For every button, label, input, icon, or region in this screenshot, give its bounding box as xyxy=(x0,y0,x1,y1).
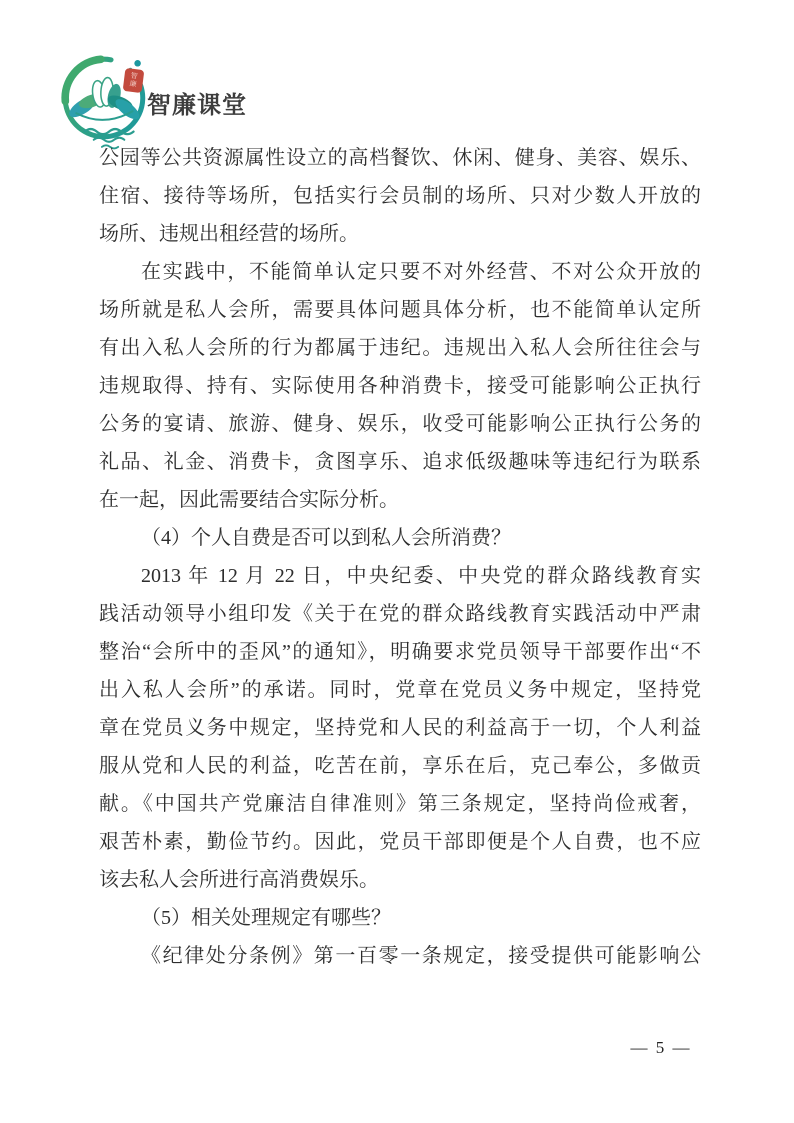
text-line: 整治“会所中的歪风”的通知》，明确要求党员领导干部要作出“不 xyxy=(99,633,701,671)
text-line: 献。《中国共产党廉洁自律准则》第三条规定，坚持尚俭戒奢， xyxy=(99,785,701,823)
text-line: 《纪律处分条例》第一百零一条规定，接受提供可能影响公 xyxy=(99,937,701,975)
text-line: 艰苦朴素，勤俭节约。因此，党员干部即便是个人自费，也不应 xyxy=(99,823,701,861)
text-line: 2013 年 12 月 22 日，中央纪委、中央党的群众路线教育实 xyxy=(99,557,701,595)
seal-char-bottom: 廉 xyxy=(129,80,137,89)
text-line: 住宿、接待等场所，包括实行会员制的场所、只对少数人开放的 xyxy=(99,177,701,215)
document-body: 公园等公共资源属性设立的高档餐饮、休闲、健身、美容、娱乐、住宿、接待等场所，包括… xyxy=(99,139,701,975)
text-line: 场所、违规出租经营的场所。 xyxy=(99,215,701,253)
text-line: 公园等公共资源属性设立的高档餐饮、休闲、健身、美容、娱乐、 xyxy=(99,139,701,177)
brand-title: 智廉课堂 xyxy=(147,85,247,120)
brand-header: 智 廉 智廉课堂 xyxy=(0,0,794,160)
text-line: 有出入私人会所的行为都属于违纪。违规出入私人会所往往会与 xyxy=(99,329,701,367)
text-line: 场所就是私人会所，需要具体问题具体分析，也不能简单认定所 xyxy=(99,291,701,329)
page-number: — 5 — xyxy=(616,1038,706,1058)
text-line: 该去私人会所进行高消费娱乐。 xyxy=(99,861,701,899)
lotus-logo-icon xyxy=(56,50,158,152)
text-line: （5）相关处理规定有哪些？ xyxy=(99,899,701,937)
document-page: 智 廉 智廉课堂 公园等公共资源属性设立的高档餐饮、休闲、健身、美容、娱乐、住宿… xyxy=(0,0,794,1123)
text-line: 在实践中，不能简单认定只要不对外经营、不对公众开放的 xyxy=(99,253,701,291)
text-line: 公务的宴请、旅游、健身、娱乐，收受可能影响公正执行公务的 xyxy=(99,405,701,443)
text-line: 在一起，因此需要结合实际分析。 xyxy=(99,481,701,519)
text-line: 礼品、礼金、消费卡，贪图享乐、追求低级趣味等违纪行为联系 xyxy=(99,443,701,481)
text-line: 践活动领导小组印发《关于在党的群众路线教育实践活动中严肃 xyxy=(99,595,701,633)
text-line: 出入私人会所”的承诺。同时，党章在党员义务中规定，坚持党 xyxy=(99,671,701,709)
seal-icon: 智 廉 xyxy=(123,68,145,93)
text-line: 违规取得、持有、实际使用各种消费卡，接受可能影响公正执行 xyxy=(99,367,701,405)
text-line: 章在党员义务中规定，坚持党和人民的利益高于一切，个人利益 xyxy=(99,709,701,747)
text-line: （4）个人自费是否可以到私人会所消费？ xyxy=(99,519,701,557)
text-line: 服从党和人民的利益，吃苦在前，享乐在后，克己奉公，多做贡 xyxy=(99,747,701,785)
